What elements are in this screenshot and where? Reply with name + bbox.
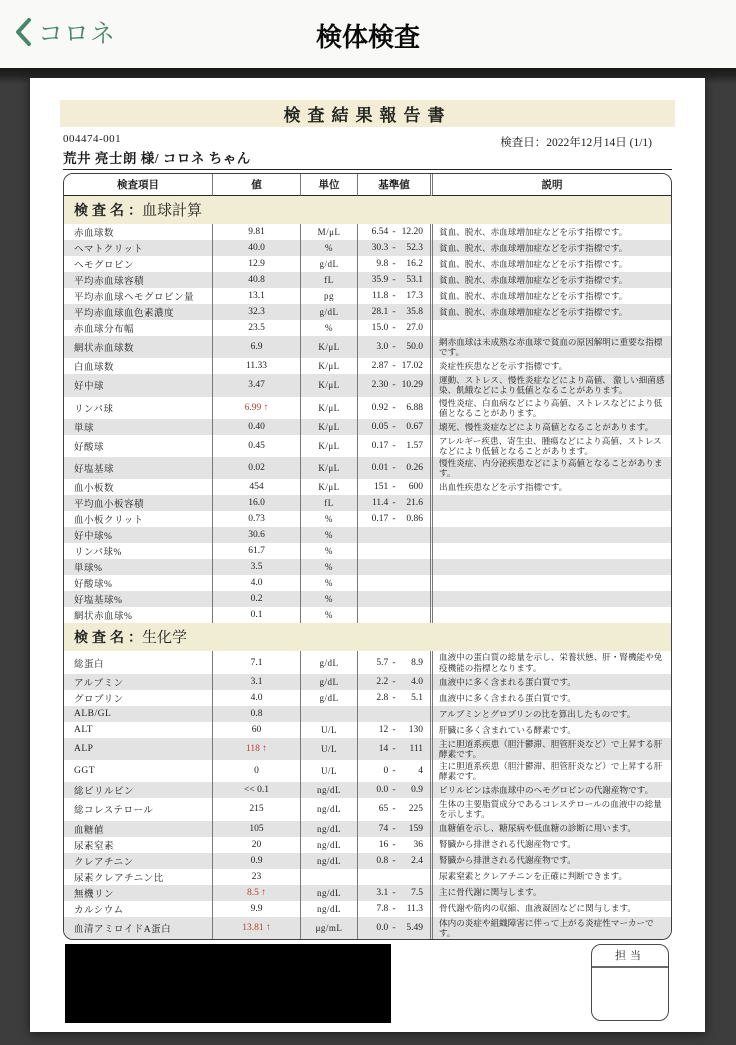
- reference-low: 0.05: [358, 422, 388, 432]
- table-row: 血小板クリット0.73%0.17-0.86: [64, 511, 671, 527]
- reference-low: 0.01: [358, 463, 388, 473]
- range-separator: -: [388, 725, 400, 735]
- reference-high: 600: [400, 482, 430, 492]
- unit-cell: K/μL: [300, 479, 357, 495]
- table-row: クレアチニン0.9ng/dL0.8-2.4腎臓から排泄される代謝産物です。: [64, 853, 671, 869]
- table-row: ALT60U/L12-130肝臓に多く含まれている酵素です。: [64, 722, 671, 738]
- value-cell: 8.5 ↑: [212, 885, 300, 901]
- reference-range-cell: [357, 527, 430, 543]
- reference-low: 0: [358, 766, 388, 776]
- table-row: 好中球3.47K/μL2.30-10.29運動、ストレス、慢性炎症などにより高値…: [64, 374, 671, 396]
- item-name-cell: グロブリン: [64, 690, 212, 706]
- range-separator: -: [388, 482, 400, 492]
- reference-high: 159: [400, 824, 430, 834]
- range-separator: -: [388, 323, 400, 333]
- reference-range: 3.0-50.0: [358, 342, 430, 352]
- value-cell: 0: [212, 760, 300, 782]
- reference-high: 0.67: [400, 422, 430, 432]
- section-name: 血球計算: [142, 203, 202, 219]
- value-cell: 105: [212, 821, 300, 837]
- item-name-cell: 平均赤血球血色素濃度: [64, 304, 212, 320]
- unit-cell: K/μL: [300, 435, 357, 457]
- unit-cell: fL: [300, 495, 357, 511]
- reference-low: 0.92: [358, 403, 388, 413]
- item-name-cell: 平均赤血球ヘモグロビン量: [64, 288, 212, 304]
- value-cell: 40.8: [212, 272, 300, 288]
- reference-range: 28.1-35.8: [358, 307, 430, 317]
- value-cell: 454: [212, 479, 300, 495]
- reference-range-cell: [357, 543, 430, 559]
- item-name-cell: 赤血球数: [64, 224, 212, 240]
- table-row: 総ビリルビン<< 0.1ng/dL0.0-0.9ビリルビンは赤血球中のヘモグロビ…: [64, 782, 671, 798]
- range-separator: -: [388, 888, 400, 898]
- unit-cell: ng/dL: [300, 901, 357, 917]
- reference-high: 21.6: [400, 498, 430, 508]
- reference-high: 52.3: [400, 243, 430, 253]
- value-cell: 6.9: [212, 336, 300, 358]
- item-name-cell: 血清アミロイドA蛋白: [64, 917, 212, 939]
- range-separator: -: [388, 259, 400, 269]
- reference-range: 0.0-5.49: [358, 923, 430, 933]
- reference-range-cell: 3.0-50.0: [357, 336, 430, 358]
- value-cell: 3.1: [212, 674, 300, 690]
- description-cell: [430, 527, 671, 543]
- item-name-cell: 尿素窒素: [64, 837, 212, 853]
- value-cell: 13.81 ↑: [212, 917, 300, 939]
- item-name-cell: 尿素クレアチニン比: [64, 869, 212, 885]
- reference-range-cell: [357, 591, 430, 607]
- reference-range-cell: [357, 706, 430, 722]
- unit-cell: %: [300, 575, 357, 591]
- unit-cell: K/μL: [300, 358, 357, 374]
- column-header-unit: 単位: [300, 174, 357, 196]
- range-separator: -: [388, 677, 400, 687]
- reference-range-cell: 2.8-5.1: [357, 690, 430, 706]
- value-cell: 61.7: [212, 543, 300, 559]
- reference-high: 4.0: [400, 677, 430, 687]
- reference-range-cell: 35.9-53.1: [357, 272, 430, 288]
- description-cell: 血液中に多く含まれる蛋白質です。: [430, 690, 671, 706]
- reference-range-cell: 0.05-0.67: [357, 419, 430, 435]
- item-name-cell: リンパ球%: [64, 543, 212, 559]
- value-cell: 30.6: [212, 527, 300, 543]
- item-name-cell: 赤血球分布幅: [64, 320, 212, 336]
- description-cell: 腎臓から排泄される代謝産物です。: [430, 837, 671, 853]
- reference-range-cell: 2.87-17.02: [357, 358, 430, 374]
- unit-cell: g/dL: [300, 690, 357, 706]
- reference-range-cell: 2.2-4.0: [357, 674, 430, 690]
- reference-range-cell: 6.54-12.20: [357, 224, 430, 240]
- item-name-cell: 総コレステロール: [64, 798, 212, 820]
- reference-range: 2.30-10.29: [358, 380, 430, 390]
- reference-range-cell: 0-4: [357, 760, 430, 782]
- unit-cell: g/dL: [300, 256, 357, 272]
- table-row: ヘモグロビン12.9g/dL9.8-16.2貧血、脱水、赤血球増加症などを示す指…: [64, 256, 671, 272]
- unit-cell: K/μL: [300, 336, 357, 358]
- reference-high: 225: [400, 804, 430, 814]
- document-viewer[interactable]: 検査結果報告書 004474-001 検査日：2022年12月14日 (1/1)…: [0, 68, 736, 1045]
- reference-range: 0.0-0.9: [358, 785, 430, 795]
- reference-low: 28.1: [358, 307, 388, 317]
- table-row: 無機リン8.5 ↑ng/dL3.1-7.5主に骨代謝に関与します。: [64, 885, 671, 901]
- report-table-body: 検査名：血球計算赤血球数9.81M/μL6.54-12.20貧血、脱水、赤血球増…: [64, 196, 671, 939]
- reference-high: 53.1: [400, 275, 430, 285]
- header-divider: [63, 169, 672, 170]
- reference-low: 65: [358, 804, 388, 814]
- item-name-cell: アルブミン: [64, 674, 212, 690]
- item-name-cell: 網状赤血球%: [64, 607, 212, 623]
- description-cell: 貧血、脱水、赤血球増加症などを示す指標です。: [430, 272, 671, 288]
- reference-high: 50.0: [400, 342, 430, 352]
- reference-low: 3.0: [358, 342, 388, 352]
- unit-cell: K/μL: [300, 374, 357, 396]
- unit-cell: M/μL: [300, 224, 357, 240]
- range-separator: -: [388, 403, 400, 413]
- item-name-cell: 無機リン: [64, 885, 212, 901]
- reference-range-cell: 65-225: [357, 798, 430, 820]
- range-separator: -: [388, 291, 400, 301]
- unit-cell: K/μL: [300, 457, 357, 479]
- range-separator: -: [388, 785, 400, 795]
- item-name-cell: 好中球%: [64, 527, 212, 543]
- reference-low: 0.17: [358, 441, 388, 451]
- table-row: 平均血小板容積16.0fL11.4-21.6: [64, 495, 671, 511]
- range-separator: -: [388, 744, 400, 754]
- description-cell: 網赤血球は未成熟な赤血球で貧血の原因解明に重要な指標です。: [430, 336, 671, 358]
- description-cell: 血液中に多く含まれる蛋白質です。: [430, 674, 671, 690]
- unit-cell: %: [300, 543, 357, 559]
- unit-cell: %: [300, 240, 357, 256]
- value-cell: 13.1: [212, 288, 300, 304]
- description-cell: 慢性炎症、内分泌疾患などにより高値となることがあります。: [430, 457, 671, 479]
- table-row: 総蛋白7.1g/dL5.7-8.9血液中の蛋白質の総量を示し、栄養状態、肝・腎機…: [64, 651, 671, 673]
- unit-cell: ng/dL: [300, 782, 357, 798]
- report-title-band: 検査結果報告書: [60, 100, 675, 127]
- reference-low: 9.8: [358, 259, 388, 269]
- reference-range: 30.3-52.3: [358, 243, 430, 253]
- unit-cell: K/μL: [300, 397, 357, 419]
- reference-high: 27.0: [400, 323, 430, 333]
- item-name-cell: GGT: [64, 760, 212, 782]
- unit-cell: %: [300, 607, 357, 623]
- description-cell: 尿素窒素とクレアチニンを正確に判断できます。: [430, 869, 671, 885]
- item-name-cell: ヘモグロビン: [64, 256, 212, 272]
- reference-range: 2.2-4.0: [358, 677, 430, 687]
- reference-low: 30.3: [358, 243, 388, 253]
- report-page: 検査結果報告書 004474-001 検査日：2022年12月14日 (1/1)…: [30, 78, 705, 1032]
- unit-cell: %: [300, 591, 357, 607]
- table-row: 血糖値105ng/dL74-159血糖値を示し、糖尿病や低血糖の診断に用います。: [64, 821, 671, 837]
- reference-high: 0.26: [400, 463, 430, 473]
- range-separator: -: [388, 514, 400, 524]
- table-row: 赤血球分布幅23.5%15.0-27.0: [64, 320, 671, 336]
- reference-range-cell: 16-36: [357, 837, 430, 853]
- value-cell: 4.0: [212, 690, 300, 706]
- unit-cell: U/L: [300, 760, 357, 782]
- section-label: 検査名: [74, 204, 128, 219]
- item-name-cell: 白血球数: [64, 358, 212, 374]
- reference-range: 6.54-12.20: [358, 227, 430, 237]
- reference-range-cell: 28.1-35.8: [357, 304, 430, 320]
- value-cell: 23: [212, 869, 300, 885]
- table-row: 赤血球数9.81M/μL6.54-12.20貧血、脱水、赤血球増加症などを示す指…: [64, 224, 671, 240]
- item-name-cell: ALP: [64, 738, 212, 760]
- value-cell: 12.9: [212, 256, 300, 272]
- column-header-value: 値: [212, 174, 300, 196]
- reference-high: 4: [400, 766, 430, 776]
- table-row: 単球0.40K/μL0.05-0.67壊死、慢性炎症などにより高値となることがあ…: [64, 419, 671, 435]
- table-row: 平均赤血球血色素濃度32.3g/dL28.1-35.8貧血、脱水、赤血球増加症な…: [64, 304, 671, 320]
- item-name-cell: カルシウム: [64, 901, 212, 917]
- staff-signature-box: 担当: [591, 944, 669, 1021]
- reference-high: 5.1: [400, 693, 430, 703]
- table-row: 好酸球%4.0%: [64, 575, 671, 591]
- reference-high: 11.3: [400, 904, 430, 914]
- item-name-cell: 網状赤血球数: [64, 336, 212, 358]
- value-cell: 7.1: [212, 651, 300, 673]
- reference-high: 16.2: [400, 259, 430, 269]
- reference-range: 3.1-7.5: [358, 888, 430, 898]
- item-name-cell: 総蛋白: [64, 651, 212, 673]
- redacted-block: [65, 944, 391, 1023]
- reference-range: 5.7-8.9: [358, 658, 430, 668]
- reference-low: 35.9: [358, 275, 388, 285]
- range-separator: -: [388, 227, 400, 237]
- unit-cell: ng/dL: [300, 821, 357, 837]
- table-row: グロブリン4.0g/dL2.8-5.1血液中に多く含まれる蛋白質です。: [64, 690, 671, 706]
- value-cell: 60: [212, 722, 300, 738]
- table-row: ALP118 ↑U/L14-111主に胆道系疾患（胆汁鬱滞、胆管肝炎など）で上昇…: [64, 738, 671, 760]
- unit-cell: [300, 869, 357, 885]
- page-title: 検体検査: [0, 17, 736, 54]
- range-separator: -: [388, 766, 400, 776]
- reference-range-cell: [357, 869, 430, 885]
- reference-range: 9.8-16.2: [358, 259, 430, 269]
- reference-low: 0.17: [358, 514, 388, 524]
- item-name-cell: 好中球: [64, 374, 212, 396]
- reference-range-cell: [357, 559, 430, 575]
- reference-range: 0-4: [358, 766, 430, 776]
- reference-range: 2.8-5.1: [358, 693, 430, 703]
- reference-range-cell: 0.01-0.26: [357, 457, 430, 479]
- value-cell: 16.0: [212, 495, 300, 511]
- item-name-cell: 血糖値: [64, 821, 212, 837]
- reference-range: 7.8-11.3: [358, 904, 430, 914]
- reference-high: 0.86: [400, 514, 430, 524]
- unit-cell: [300, 706, 357, 722]
- staff-box-header: 担当: [592, 945, 668, 968]
- section-header-row: 検査名：血球計算: [64, 196, 671, 224]
- table-row: 網状赤血球%0.1%: [64, 607, 671, 623]
- unit-cell: ng/dL: [300, 798, 357, 820]
- item-name-cell: 血小板数: [64, 479, 212, 495]
- table-row: カルシウム9.9ng/dL7.8-11.3骨代謝や筋肉の収縮、血液凝固などに関与…: [64, 901, 671, 917]
- reference-range-cell: 2.30-10.29: [357, 374, 430, 396]
- description-cell: ビリルビンは赤血球中のヘモグロビンの代謝産物です。: [430, 782, 671, 798]
- reference-low: 0.0: [358, 923, 388, 933]
- reference-range-cell: [357, 607, 430, 623]
- reference-high: 17.02: [400, 361, 430, 371]
- section-separator: ：: [128, 204, 142, 219]
- item-name-cell: 好塩基球%: [64, 591, 212, 607]
- description-cell: 炎症性疾患などを示す指標です。: [430, 358, 671, 374]
- reference-low: 16: [358, 840, 388, 850]
- value-cell: << 0.1: [212, 782, 300, 798]
- description-cell: [430, 591, 671, 607]
- reference-high: 6.88: [400, 403, 430, 413]
- unit-cell: ng/dL: [300, 885, 357, 901]
- reference-low: 0.0: [358, 785, 388, 795]
- reference-low: 7.8: [358, 904, 388, 914]
- report-footer: 担当: [63, 943, 672, 1025]
- reference-range-cell: 5.7-8.9: [357, 651, 430, 673]
- item-name-cell: 平均赤血球容積: [64, 272, 212, 288]
- table-row: リンパ球6.99 ↑K/μL0.92-6.88慢性炎症、白血病などにより高値、ス…: [64, 397, 671, 419]
- table-header-row: 検査項目 値 単位 基準値 説明: [64, 174, 671, 196]
- value-cell: 0.1: [212, 607, 300, 623]
- table-row: 好塩基球0.02K/μL0.01-0.26慢性炎症、内分泌疾患などにより高値とな…: [64, 457, 671, 479]
- item-name-cell: 血小板クリット: [64, 511, 212, 527]
- reference-high: 1.57: [400, 441, 430, 451]
- item-name-cell: クレアチニン: [64, 853, 212, 869]
- reference-range-cell: 74-159: [357, 821, 430, 837]
- value-cell: 118 ↑: [212, 738, 300, 760]
- description-cell: [430, 320, 671, 336]
- table-row: 尿素クレアチニン比23尿素窒素とクレアチニンを正確に判断できます。: [64, 869, 671, 885]
- reference-high: 7.5: [400, 888, 430, 898]
- unit-cell: U/L: [300, 722, 357, 738]
- value-cell: 6.99 ↑: [212, 397, 300, 419]
- reference-low: 3.1: [358, 888, 388, 898]
- reference-low: 2.2: [358, 677, 388, 687]
- reference-range: 11.8-17.3: [358, 291, 430, 301]
- range-separator: -: [388, 463, 400, 473]
- reference-range: 74-159: [358, 824, 430, 834]
- description-cell: アルブミンとグロブリンの比を算出したものです。: [430, 706, 671, 722]
- section-header-cell: 検査名：血球計算: [64, 196, 671, 224]
- reference-low: 2.87: [358, 361, 388, 371]
- reference-low: 14: [358, 744, 388, 754]
- unit-cell: U/L: [300, 738, 357, 760]
- reference-range-cell: 0.17-0.86: [357, 511, 430, 527]
- range-separator: -: [388, 904, 400, 914]
- value-cell: 20: [212, 837, 300, 853]
- description-cell: 貧血、脱水、赤血球増加症などを示す指標です。: [430, 256, 671, 272]
- item-name-cell: 単球: [64, 419, 212, 435]
- range-separator: -: [388, 824, 400, 834]
- unit-cell: μg/mL: [300, 917, 357, 939]
- item-name-cell: ヘマトクリット: [64, 240, 212, 256]
- range-separator: -: [388, 361, 400, 371]
- patient-name: 荒井 亮士朗 様/ コロネ ちゃん: [63, 147, 672, 167]
- reference-range: 14-111: [358, 744, 430, 754]
- reference-range-cell: [357, 575, 430, 591]
- section-header-cell: 検査名：生化学: [64, 623, 671, 651]
- reference-range: 0.17-1.57: [358, 441, 430, 451]
- unit-cell: g/dL: [300, 674, 357, 690]
- reference-low: 12: [358, 725, 388, 735]
- exam-date: 検査日：2022年12月14日 (1/1): [500, 134, 652, 150]
- reference-range-cell: 15.0-27.0: [357, 320, 430, 336]
- reference-range-cell: 0.8-2.4: [357, 853, 430, 869]
- value-cell: 3.5: [212, 559, 300, 575]
- column-header-item: 検査項目: [64, 174, 212, 196]
- reference-range: 35.9-53.1: [358, 275, 430, 285]
- reference-range-cell: 0.0-5.49: [357, 917, 430, 939]
- reference-range: 0.92-6.88: [358, 403, 430, 413]
- description-cell: 肝臓に多く含まれている酵素です。: [430, 722, 671, 738]
- description-cell: 出血性疾患などを示す指標です。: [430, 479, 671, 495]
- reference-range: 0.05-0.67: [358, 422, 430, 432]
- description-cell: 壊死、慢性炎症などにより高値となることがあります。: [430, 419, 671, 435]
- value-cell: 0.8: [212, 706, 300, 722]
- description-cell: [430, 575, 671, 591]
- unit-cell: K/μL: [300, 419, 357, 435]
- range-separator: -: [388, 923, 400, 933]
- table-row: 網状赤血球数6.9K/μL3.0-50.0網赤血球は未成熟な赤血球で貧血の原因解…: [64, 336, 671, 358]
- reference-high: 2.4: [400, 856, 430, 866]
- unit-cell: g/dL: [300, 651, 357, 673]
- description-cell: 体内の炎症や組織障害に伴って上がる炎症性マーカーです。: [430, 917, 671, 939]
- section-name: 生化学: [142, 630, 187, 646]
- reference-low: 5.7: [358, 658, 388, 668]
- item-name-cell: 総ビリルビン: [64, 782, 212, 798]
- description-cell: アレルギー疾患、寄生虫、腫瘍などにより高値、ストレスなどにより低値となることがあ…: [430, 435, 671, 457]
- reference-low: 151: [358, 482, 388, 492]
- value-cell: 4.0: [212, 575, 300, 591]
- description-cell: 貧血、脱水、赤血球増加症などを示す指標です。: [430, 240, 671, 256]
- description-cell: 主に胆道系疾患（胆汁鬱滞、胆管肝炎など）で上昇する肝酵素です。: [430, 760, 671, 782]
- reference-low: 11.4: [358, 498, 388, 508]
- reference-range-cell: 30.3-52.3: [357, 240, 430, 256]
- reference-range-cell: 0.92-6.88: [357, 397, 430, 419]
- unit-cell: %: [300, 511, 357, 527]
- description-cell: 運動、ストレス、慢性炎症などにより高値、 激しい細菌感染、飢餓などにより低値とな…: [430, 374, 671, 396]
- table-row: ALB/GL0.8アルブミンとグロブリンの比を算出したものです。: [64, 706, 671, 722]
- table-row: 単球%3.5%: [64, 559, 671, 575]
- table-row: 好酸球0.45K/μL0.17-1.57アレルギー疾患、寄生虫、腫瘍などにより高…: [64, 435, 671, 457]
- reference-high: 111: [400, 744, 430, 754]
- report-title: 検査結果報告書: [284, 101, 452, 126]
- value-cell: 40.0: [212, 240, 300, 256]
- item-name-cell: リンパ球: [64, 397, 212, 419]
- reference-high: 0.9: [400, 785, 430, 795]
- reference-range: 0.8-2.4: [358, 856, 430, 866]
- item-name-cell: 平均血小板容積: [64, 495, 212, 511]
- reference-high: 12.20: [400, 227, 430, 237]
- value-cell: 0.45: [212, 435, 300, 457]
- range-separator: -: [388, 498, 400, 508]
- value-cell: 0.2: [212, 591, 300, 607]
- column-header-description: 説明: [430, 174, 671, 196]
- staff-box-label: 担当: [615, 947, 645, 963]
- table-row: GGT0U/L0-4主に胆道系疾患（胆汁鬱滞、胆管肝炎など）で上昇する肝酵素です…: [64, 760, 671, 782]
- reference-high: 35.8: [400, 307, 430, 317]
- reference-low: 2.30: [358, 380, 388, 390]
- range-separator: -: [388, 840, 400, 850]
- description-cell: 主に骨代謝に関与します。: [430, 885, 671, 901]
- description-cell: 貧血、脱水、赤血球増加症などを示す指標です。: [430, 304, 671, 320]
- range-separator: -: [388, 658, 400, 668]
- value-cell: 9.9: [212, 901, 300, 917]
- reference-range-cell: 11.8-17.3: [357, 288, 430, 304]
- reference-range-cell: 0.0-0.9: [357, 782, 430, 798]
- table-row: 総コレステロール215ng/dL65-225生体の主要脂質成分であるコレステロー…: [64, 798, 671, 820]
- reference-range-cell: 14-111: [357, 738, 430, 760]
- value-cell: 9.81: [212, 224, 300, 240]
- section-header-row: 検査名：生化学: [64, 623, 671, 651]
- range-separator: -: [388, 380, 400, 390]
